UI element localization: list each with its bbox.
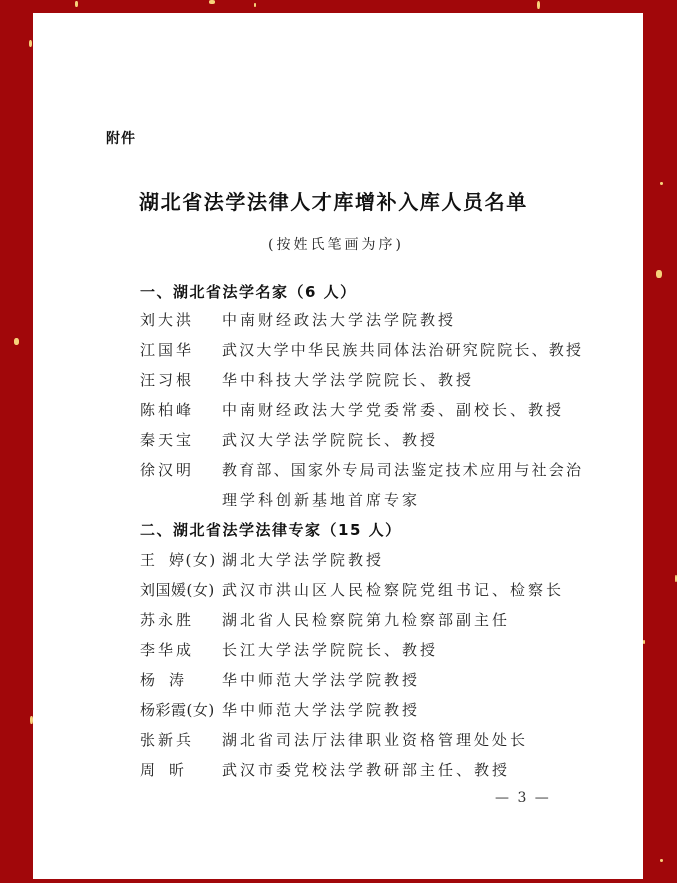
section-heading-law-masters: 一、湖北省法学名家（6 人） [140,281,357,302]
person-title: 理学科创新基地首席专家 [222,490,420,510]
person-title: 长江大学法学院院长、教授 [222,640,438,660]
person-title: 湖北省人民检察院第九检察部副主任 [222,610,510,630]
person-title: 华中师范大学法学院教授 [222,700,420,720]
person-title: 华中师范大学法学院教授 [222,670,420,690]
section-heading-law-experts: 二、湖北省法学法律专家（15 人） [140,519,402,540]
person-name: 江国华 [140,340,194,360]
sparkle-decoration [660,182,663,185]
sparkle-decoration [537,1,540,9]
person-name: 张新兵 [140,730,194,750]
person-name: 王 婷(女) [140,550,217,570]
person-title: 中南财经政法大学党委常委、副校长、教授 [222,400,564,420]
attachment-label: 附件 [106,128,136,148]
person-name: 汪习根 [140,370,194,390]
person-title: 华中科技大学法学院院长、教授 [222,370,474,390]
person-name: 杨 涛 [140,670,186,690]
document-subtitle: (按姓氏笔画为序) [268,234,404,254]
person-title: 武汉市委党校法学教研部主任、教授 [222,760,510,780]
sparkle-decoration [643,640,645,644]
person-name: 苏永胜 [140,610,194,630]
person-title: 武汉大学中华民族共同体法治研究院院长、教授 [222,340,583,360]
page-number: — 3 — [495,790,551,806]
sparkle-decoration [75,1,78,7]
person-title: 武汉市洪山区人民检察院党组书记、检察长 [222,580,564,600]
sparkle-decoration [254,3,256,7]
sparkle-decoration [29,40,32,47]
person-name: 秦天宝 [140,430,194,450]
person-name: 刘大洪 [140,310,194,330]
sparkle-decoration [660,859,663,862]
sparkle-decoration [656,270,662,278]
person-title: 湖北大学法学院教授 [222,550,384,570]
sparkle-decoration [209,0,215,4]
sparkle-decoration [14,338,19,345]
person-name: 李华成 [140,640,194,660]
person-name: 杨彩霞(女) [140,700,215,720]
person-title: 教育部、国家外专局司法鉴定技术应用与社会治 [222,460,583,480]
person-name: 周 昕 [140,760,186,780]
person-name: 徐汉明 [140,460,194,480]
person-name: 刘国媛(女) [140,580,215,600]
person-name: 陈柏峰 [140,400,194,420]
sparkle-decoration [30,716,33,724]
document-title: 湖北省法学法律人才库增补入库人员名单 [139,186,528,215]
person-title: 中南财经政法大学法学院教授 [222,310,456,330]
person-title: 湖北省司法厅法律职业资格管理处处长 [222,730,528,750]
person-title: 武汉大学法学院院长、教授 [222,430,438,450]
